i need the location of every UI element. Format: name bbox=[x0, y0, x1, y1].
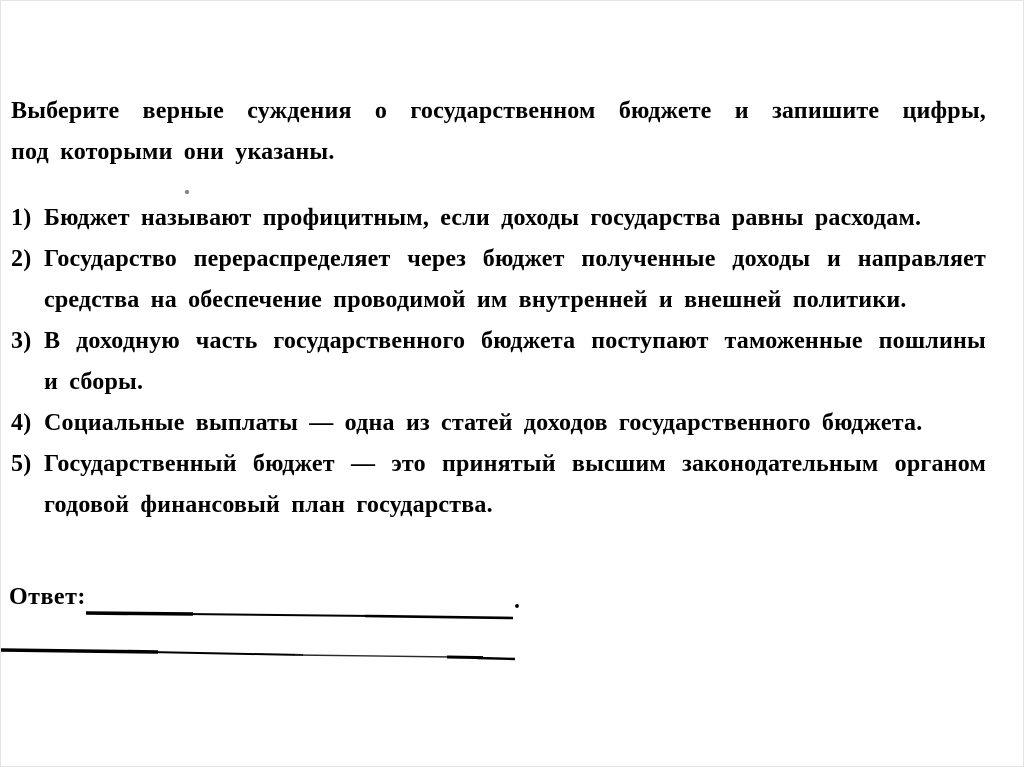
statement-number: 3) bbox=[11, 321, 31, 362]
statement-text-line: годовой финансовый план государства. bbox=[44, 485, 986, 526]
statement-text-line: и сборы. bbox=[44, 362, 986, 403]
statement-text-line: В доходную часть государственного бюджет… bbox=[44, 321, 986, 362]
statement-text-line: Государство перераспределяет через бюдже… bbox=[44, 239, 986, 280]
statement-item-2: 2) Государство перераспределяет через бю… bbox=[11, 239, 986, 321]
statement-item-4: 4) Социальные выплаты — одна из статей д… bbox=[11, 403, 986, 444]
answer-blank-line bbox=[81, 607, 517, 623]
statement-number: 5) bbox=[11, 444, 31, 485]
statement-item-1: 1) Бюджет называют профицитным, если дох… bbox=[11, 198, 986, 239]
statements-list: 1) Бюджет называют профицитным, если дох… bbox=[11, 198, 986, 526]
task-prompt: Выберите верные суждения о государственн… bbox=[11, 91, 986, 173]
task-prompt-line-2: под которыми они указаны. bbox=[11, 132, 986, 173]
answer-label: Ответ: bbox=[9, 577, 86, 618]
worksheet-page: Выберите верные суждения о государственн… bbox=[0, 0, 1024, 767]
trailing-period: . bbox=[514, 581, 520, 622]
scan-speck bbox=[185, 190, 189, 194]
task-prompt-line-1: Выберите верные суждения о государственн… bbox=[11, 91, 986, 132]
statement-text-line: Бюджет называют профицитным, если доходы… bbox=[44, 198, 986, 239]
statement-item-3: 3) В доходную часть государственного бюд… bbox=[11, 321, 986, 403]
statement-text-line: Социальные выплаты — одна из статей дохо… bbox=[44, 403, 986, 444]
statement-number: 2) bbox=[11, 239, 31, 280]
statement-number: 1) bbox=[11, 198, 31, 239]
statement-item-5: 5) Государственный бюджет — это принятый… bbox=[11, 444, 986, 526]
statement-text-line: средства на обеспечение проводимой им вн… bbox=[44, 280, 986, 321]
stray-underline bbox=[1, 644, 517, 664]
statement-text-line: Государственный бюджет — это принятый вы… bbox=[44, 444, 986, 485]
statement-number: 4) bbox=[11, 403, 31, 444]
